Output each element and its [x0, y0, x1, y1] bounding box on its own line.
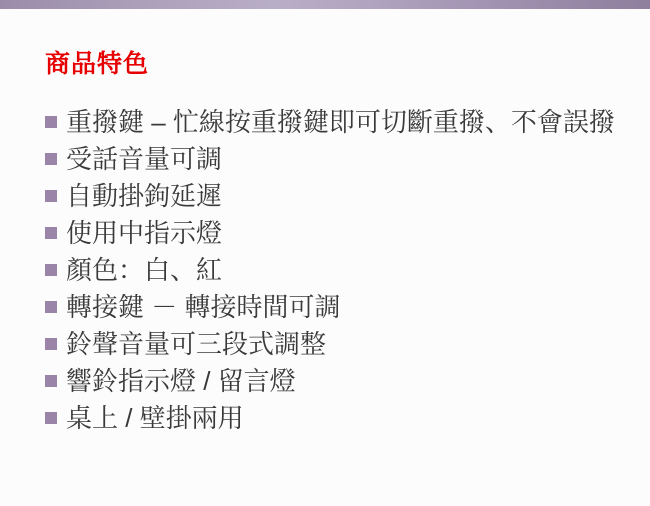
feature-item-label: 使用中指示燈	[66, 218, 222, 248]
feature-item: 響鈴指示燈 / 留言燈	[45, 362, 615, 399]
bullet-square-icon	[45, 301, 57, 313]
bullet-square-icon	[45, 116, 57, 128]
feature-item-label: 轉接鍵 － 轉接時間可調	[66, 292, 340, 322]
bullet-square-icon	[45, 375, 57, 387]
feature-item: 受話音量可調	[45, 140, 615, 177]
feature-item-label: 響鈴指示燈 / 留言燈	[66, 366, 296, 396]
feature-item: 使用中指示燈	[45, 214, 615, 251]
feature-item-label: 顏色：白、紅	[66, 255, 222, 285]
feature-item: 鈴聲音量可三段式調整	[45, 325, 615, 362]
feature-item-label: 桌上 / 壁掛兩用	[66, 403, 244, 433]
bullet-square-icon	[45, 264, 57, 276]
section-title: 商品特色	[45, 50, 149, 78]
product-features-panel: 商品特色 重撥鍵 – 忙線按重撥鍵即可切斷重撥、不會誤撥 受話音量可調 自動掛鉤…	[0, 0, 650, 506]
feature-item: 顏色：白、紅	[45, 251, 615, 288]
feature-item-label: 重撥鍵 – 忙線按重撥鍵即可切斷重撥、不會誤撥	[66, 107, 615, 137]
feature-item: 重撥鍵 – 忙線按重撥鍵即可切斷重撥、不會誤撥	[45, 103, 615, 140]
bullet-square-icon	[45, 227, 57, 239]
feature-item-label: 自動掛鉤延遲	[66, 181, 222, 211]
bullet-square-icon	[45, 338, 57, 350]
feature-item: 桌上 / 壁掛兩用	[45, 399, 615, 436]
feature-item: 轉接鍵 － 轉接時間可調	[45, 288, 615, 325]
bullet-square-icon	[45, 190, 57, 202]
bullet-square-icon	[45, 412, 57, 424]
feature-list: 重撥鍵 – 忙線按重撥鍵即可切斷重撥、不會誤撥 受話音量可調 自動掛鉤延遲 使用…	[45, 103, 615, 436]
feature-item: 自動掛鉤延遲	[45, 177, 615, 214]
feature-item-label: 鈴聲音量可三段式調整	[66, 329, 326, 359]
bullet-square-icon	[45, 153, 57, 165]
top-divider-bar	[0, 0, 650, 9]
feature-item-label: 受話音量可調	[66, 144, 222, 174]
